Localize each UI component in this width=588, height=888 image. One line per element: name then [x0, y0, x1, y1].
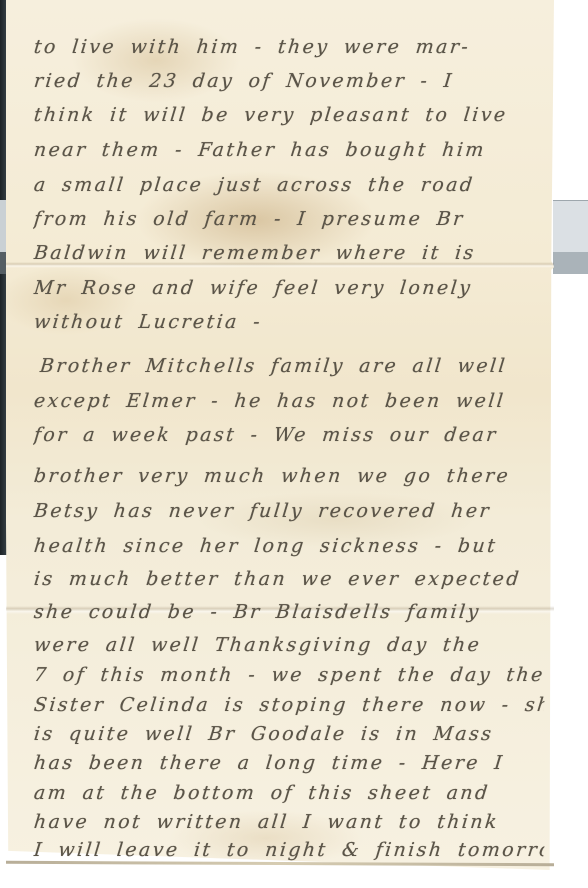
scanner-background-strip: [553, 252, 588, 274]
text-line: were all well Thanksgiving day the: [33, 634, 545, 656]
text-line: Baldwin will remember where it is: [33, 242, 545, 264]
text-line: I will leave it to night & finish tomorr…: [33, 839, 545, 861]
text-line: Betsy has never fully recovered her: [33, 500, 545, 522]
text-line: has been there a long time - Here I: [33, 752, 545, 774]
text-line: without Lucretia -: [33, 311, 545, 333]
text-line: Sister Celinda is stoping there now - sh…: [33, 694, 545, 716]
text-line: is much better than we ever expected: [33, 568, 545, 590]
text-line: Brother Mitchells family are all well: [39, 355, 551, 377]
text-line: a small place just across the road: [33, 174, 545, 196]
text-line: from his old farm - I presume Br: [33, 208, 545, 230]
text-line: 7 of this month - we spent the day there: [33, 664, 545, 686]
text-line: for a week past - We miss our dear: [33, 424, 545, 446]
text-line: ried the 23 day of November - I: [33, 70, 545, 92]
text-line: think it will be very pleasant to live: [33, 104, 545, 126]
text-line: am at the bottom of this sheet and: [33, 782, 545, 804]
text-line: except Elmer - he has not been well: [33, 390, 545, 412]
text-line: to live with him - they were mar-: [33, 36, 545, 58]
scanner-background-strip: [553, 200, 588, 253]
text-line: brother very much when we go there: [33, 465, 545, 487]
text-line: Mr Rose and wife feel very lonely: [33, 277, 545, 299]
text-line: she could be - Br Blaisdells family: [33, 601, 545, 623]
text-line: have not written all I want to think: [33, 811, 545, 833]
scanned-letter-scene: to live with him - they were mar- ried t…: [0, 0, 588, 888]
text-line: is quite well Br Goodale is in Mass: [33, 723, 545, 745]
text-line: near them - Father has bought him: [33, 139, 545, 161]
text-line: health since her long sickness - but: [33, 535, 545, 557]
